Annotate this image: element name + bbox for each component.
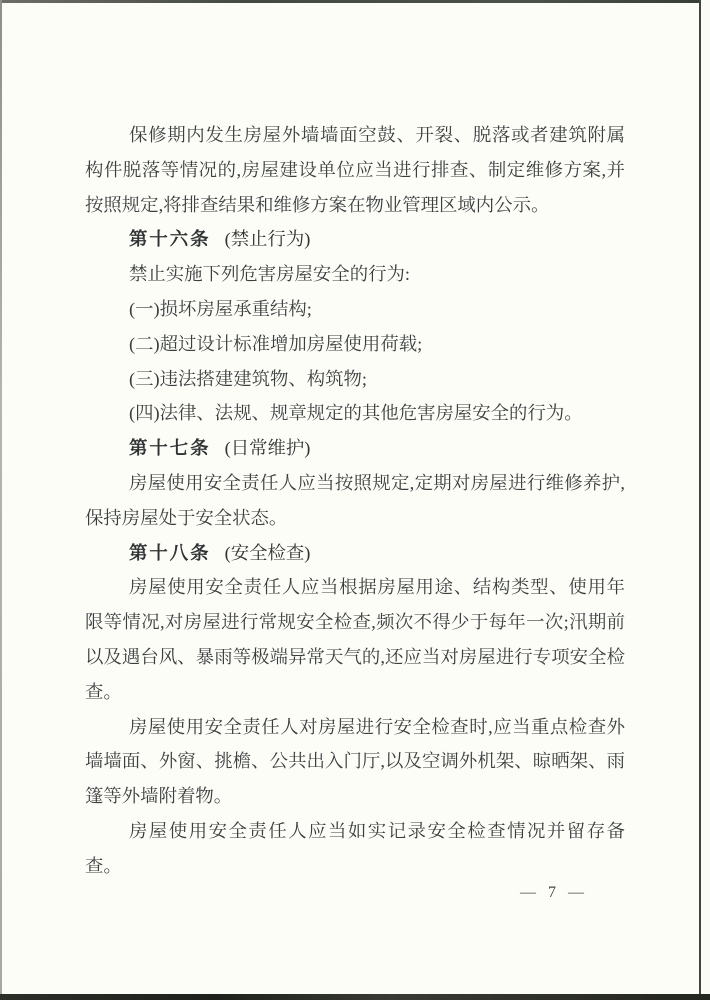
scan-edge-left (0, 0, 2, 1000)
page-number: — 7 — (520, 884, 588, 901)
scan-edge-top (0, 0, 710, 3)
scanned-document-page: 保修期内发生房屋外墙墙面空鼓、开裂、脱落或者建筑附属构件脱落等情况的,房屋建设单… (0, 0, 710, 1000)
list-item-2: (二)超过设计标准增加房屋使用荷载; (85, 327, 625, 362)
article-heading-17: 第十七条(日常维护) (85, 431, 625, 466)
article-number: 第十八条 (129, 542, 211, 563)
article-title: (安全检查) (225, 543, 311, 563)
paragraph-inspection-focus: 房屋使用安全责任人对房屋进行安全检查时,应当重点检查外墙墙面、外窗、挑檐、公共出… (85, 710, 625, 814)
paragraph-warranty-repair: 保修期内发生房屋外墙墙面空鼓、开裂、脱落或者建筑附属构件脱落等情况的,房屋建设单… (85, 118, 625, 222)
document-content: 保修期内发生房屋外墙墙面空鼓、开裂、脱落或者建筑附属构件脱落等情况的,房屋建设单… (85, 118, 625, 884)
scan-edge-right-line (699, 0, 701, 1000)
page-footer: — 7 — (520, 884, 588, 902)
article-number: 第十六条 (129, 228, 211, 249)
paragraph-prohibited-intro: 禁止实施下列危害房屋安全的行为: (85, 257, 625, 292)
article-title: (禁止行为) (225, 229, 311, 249)
paragraph-record-keeping: 房屋使用安全责任人应当如实记录安全检查情况并留存备查。 (85, 814, 625, 884)
list-item-3: (三)违法搭建建筑物、构筑物; (85, 362, 625, 397)
scan-edge-bottom (0, 994, 710, 1000)
paragraph-safety-inspection-frequency: 房屋使用安全责任人应当根据房屋用途、结构类型、使用年限等情况,对房屋进行常规安全… (85, 570, 625, 709)
scan-edge-right-margin (701, 0, 710, 1000)
list-item-4: (四)法律、法规、规章规定的其他危害房屋安全的行为。 (85, 396, 625, 431)
paragraph-daily-maintenance: 房屋使用安全责任人应当按照规定,定期对房屋进行维修养护,保持房屋处于安全状态。 (85, 466, 625, 536)
article-title: (日常维护) (225, 438, 311, 458)
article-number: 第十七条 (129, 437, 211, 458)
article-heading-18: 第十八条(安全检查) (85, 536, 625, 571)
article-heading-16: 第十六条(禁止行为) (85, 222, 625, 257)
list-item-1: (一)损坏房屋承重结构; (85, 292, 625, 327)
